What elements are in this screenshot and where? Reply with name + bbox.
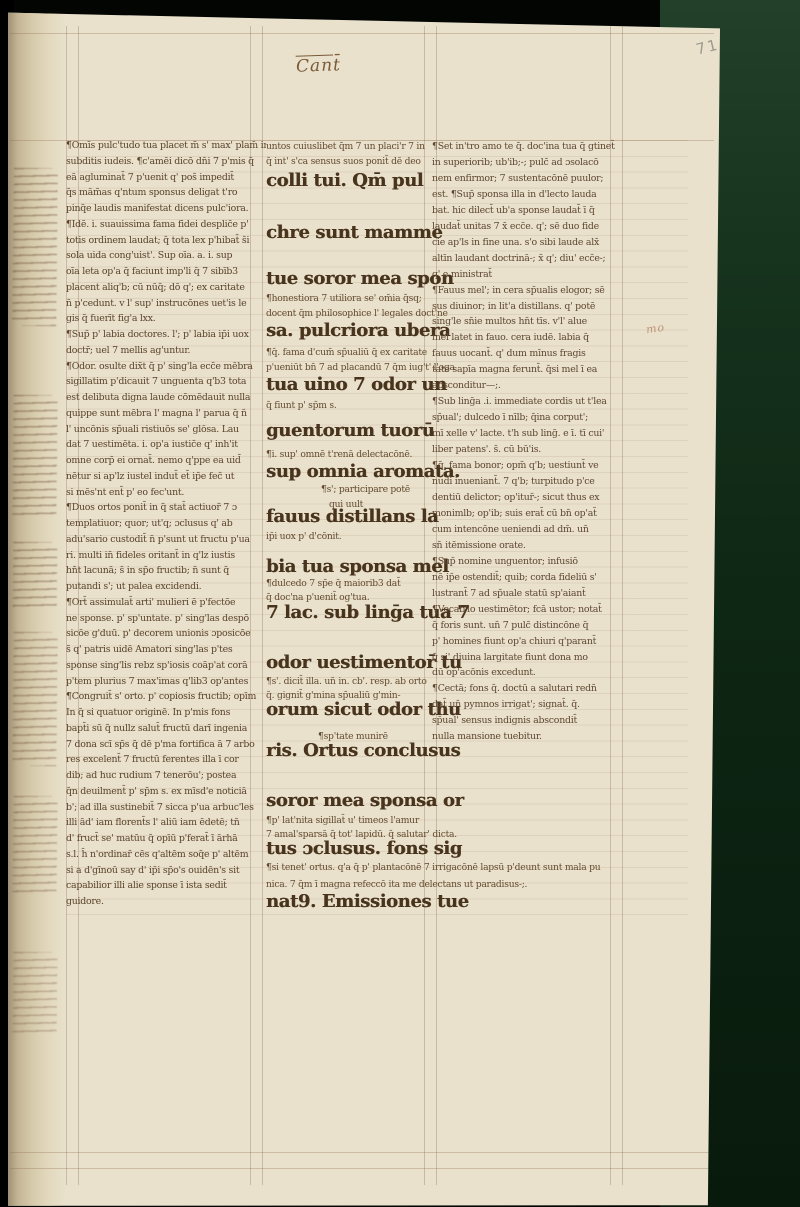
gloss-line: si a d'gīnoū say d' ip̄i sp̄o's ouidēn's…: [66, 863, 266, 879]
gloss-line: q̄ si' diuina largitate fiunt dona mo: [432, 650, 626, 666]
gloss-line: mī xelle v' lacte. t'h sub linḡ. e ī. tī…: [432, 426, 626, 442]
gloss-line: totis ordinem laudat; q̄ tota lex p'hiba…: [66, 233, 266, 249]
gloss-line: ¶Sup̄ nomine unguentor; infusiō: [432, 554, 626, 570]
gloss-line: altīn laudant doctrinā-; x̄ q'; diu' ecc…: [432, 251, 626, 267]
gloss-line: sola uida cong'uist'. Sup oīa. a. i. sup: [66, 248, 266, 264]
gloss-line: ¶Set in'tro amo te q̄. doc'ina tua q̄ gt…: [432, 139, 626, 155]
center-line: nica. 7 q̄m ī magna refeccō ita me delec…: [266, 879, 527, 890]
gloss-line: illi ād' iam florent̄s l' aliū iam ēdetē…: [66, 815, 266, 831]
gloss-line: omne corp̄ ei ornat̄. nemo q'ppe ea uid̄: [66, 453, 266, 469]
gloss-line: bat. hic dilect̄ ub'a sponse laudat̄ ī q…: [432, 203, 626, 219]
gloss-line: subditis iudeis. ¶c'amēi dicō dn̄i 7 p'm…: [66, 154, 266, 170]
gloss-line: nulla mansione tuebitur.: [432, 729, 626, 745]
gloss-line: dat 7 uestimēta. i. op'a iustic̄e q' inh…: [66, 437, 266, 453]
center-line: tue soror mea spon: [266, 268, 454, 289]
gloss-line: b'; ad illa sustinebit̄ 7 sicca p'ua arb…: [66, 800, 266, 816]
spine-text-fragment: [13, 542, 58, 608]
gloss-line: dū op'acōnis excedunt.: [432, 665, 626, 681]
gloss-line: eā agluminat̄ 7 p'uenit q' pos̄ impedit̄: [66, 170, 266, 186]
gloss-line: l' uncōnis sp̄uali ristiuōs se' glōsa. L…: [66, 422, 266, 438]
gloss-line: mel latet in fauo. cera iudē. labia q̄: [432, 330, 626, 346]
central-text-column: untos cuiuslibet q̄m 7 un placi'r 7 inq̄…: [266, 0, 438, 1000]
gloss-line: ne sponse. p' sp'untate. p' sing'las des…: [66, 611, 266, 627]
gloss-line: ¶Congruit̄ s' orto. p' copiosis fructib;…: [66, 689, 266, 705]
center-line: ¶p' lat'nita sigillat̄ u' timeos l'amur: [266, 815, 419, 826]
gloss-line: ¶Odor. osulte dix̄t q̄ p' sing'la ecc̄e …: [66, 359, 266, 375]
center-line: colli tui. Qm̄ pul: [266, 170, 423, 191]
gloss-line: est. ¶Sup̄ sponsa illa in d'lecto lauda: [432, 187, 626, 203]
center-line: sa. pulcriora ubera: [266, 320, 450, 341]
gloss-line: quippe sunt mēbra l' magna l' parua q̄ n…: [66, 406, 266, 422]
gloss-line: q̄n deuilment̄ p' sp̄m s. ex mīsd'e noti…: [66, 784, 266, 800]
center-line: q̄ fiunt p' sp̄m s.: [266, 400, 337, 411]
center-line: chre sunt mamme: [266, 222, 442, 243]
gloss-line: ¶Vocab'lo uestimētor; fcā ustor; notat̄: [432, 602, 626, 618]
gloss-line: doctr̄; uel 7 mellis ag'untur.: [66, 343, 266, 359]
gloss-line: est delibuta digna laude cōmēdauit nulla: [66, 390, 266, 406]
gloss-line: ¶q̄. fama bonor; opm̄ q'b; uestiunt̄ ve: [432, 458, 626, 474]
center-line: ¶s'; participare potē: [321, 484, 410, 495]
ruling-horizontal: [10, 1152, 714, 1153]
gloss-line: q̄s mām̄as q'ntum sponsus deligat t'ro: [66, 185, 266, 201]
gloss-line: sicōe g'duū. p' decorem unionis ɔposicōe: [66, 626, 266, 642]
gloss-line: guidore.: [66, 894, 266, 910]
gloss-line: adu'sario custodit̄ n̄ p'sunt ut fructu …: [66, 532, 266, 548]
gloss-line: liber patens'. s̄. cū bū'is.: [432, 442, 626, 458]
center-line: p'ueniūt bn̄ 7 ad placandū 7 q̄m iug't' …: [266, 362, 455, 373]
gloss-line: nē ip̄e ostendit̄; quib; corda fideliū s…: [432, 570, 626, 586]
spine-text-fragment: [12, 796, 57, 896]
gloss-line: pinq̄e laudis manifestat dicens pulc'ior…: [66, 201, 266, 217]
gloss-line: p'tem plurius 7 max'imas q'lib3 op'antes: [66, 674, 266, 690]
gloss-line: gis q̄ fuerīt fig'a lxx.: [66, 311, 266, 327]
gloss-line: sp̄ual' sensus indignis abscondit̄: [432, 713, 626, 729]
gloss-line: dat̄ un̄ pymnos irrigat'; signat̄. q̄.: [432, 697, 626, 713]
center-line: fauus distillans la: [266, 506, 438, 527]
gloss-line: absconditur—;.: [432, 378, 626, 394]
center-line: ¶s'. dicit̄ illa. un̄ in. cb'. resp. ab …: [266, 676, 427, 687]
center-line: guentorum tuorū: [266, 420, 434, 441]
gloss-line: fauus uocant̄. q' dum mīnus fragis: [432, 346, 626, 362]
gloss-line: sing'le sn̄ie multos hn̄t tīs. v'l' alue: [432, 314, 626, 330]
gloss-line: ¶Sub linḡa .i. immediate cordis ut t'lea: [432, 394, 626, 410]
gloss-line: lustrant̄ 7 ad sp̄uale statū sp'aiant̄: [432, 586, 626, 602]
gloss-line: s̄ q' patris uidē Amatori sing'las p'tes: [66, 642, 266, 658]
gloss-line: hn̄t lacunā; s̄ in sp̄o fructib; n̄ sunt…: [66, 563, 266, 579]
gloss-line: nem enfirmor; 7 sustentacōnē puulor;: [432, 171, 626, 187]
center-line: ¶si tenet' ortus. q'a q̄ p' plantacōnē 7…: [266, 862, 600, 873]
gloss-line: in superiorib; ub'ib;-; pulc̄ ad ɔsolacō: [432, 155, 626, 171]
spine-text-fragment: [12, 395, 57, 517]
gloss-line: si mēs'nt ent̄ p' eo fec'unt.: [66, 485, 266, 501]
gloss-line: p' homines fiunt op'a chiuri q'parant̄: [432, 634, 626, 650]
gloss-line: monimlb; op'ib; suis erat̄ cū bn̄ op'at̄: [432, 506, 626, 522]
gloss-line: n̄ p'cedunt. v l' sup' instrucōnes uet'i…: [66, 296, 266, 312]
gloss-line: ¶Sup̄ p' labia doctores. l'; p' labia ip…: [66, 327, 266, 343]
gloss-line: In q̄ si quatuor originē. In p'mis fons: [66, 705, 266, 721]
ruling-horizontal: [10, 1168, 714, 1169]
spine-text-fragment: [12, 168, 58, 326]
gloss-line: dib; ad huc rudium 7 tenerōu'; postea: [66, 768, 266, 784]
folio-number: 71: [694, 35, 721, 58]
margin-note: mo: [645, 321, 666, 337]
left-gloss-column: ¶Omīs pulc'tudo tua placet m̄ s' max' pl…: [66, 138, 266, 920]
center-line: q̄ int' s'ca sensus suos ponit̄ dē deo: [266, 156, 421, 167]
spine-text-fragment: [13, 952, 58, 1036]
gloss-line: placent aliq'b; cū nūq̄; dō q'; ex carit…: [66, 280, 266, 296]
gloss-line: ¶Idē. i. suauissima fama fidei desplic̄e…: [66, 217, 266, 233]
gloss-line: cum intencōne ueniendi ad dm̄. un̄: [432, 522, 626, 538]
right-gloss-column: ¶Set in'tro amo te q̄. doc'ina tua q̄ gt…: [432, 139, 626, 753]
gloss-line: ¶Ort̄ assimulat̄ arti' mulieri ē p'fectō…: [66, 595, 266, 611]
center-line: nat9. Emissiones tue: [266, 891, 469, 912]
center-line: ¶q̄. fama d'cum̄ sp̄ualiū q̄ ex caritate: [266, 347, 427, 358]
gloss-line: putandi s'; ut palea excidendi.: [66, 579, 266, 595]
gloss-line: nudi inueniant̄. 7 q'b; turpitudo p'ce: [432, 474, 626, 490]
gloss-line: ¶Omīs pulc'tudo tua placet m̄ s' max' pl…: [66, 138, 266, 154]
book-spine-page-edges: [8, 0, 66, 1207]
gloss-line: ri. multi in̄ fideles oritant̄ in q'lz i…: [66, 548, 266, 564]
gloss-line: sus diuinor; in lit'a distillans. q' pot…: [432, 299, 626, 315]
gloss-line: 7 dona scī sp̄s q̄ dē p'ma fortifica ā 7…: [66, 737, 266, 753]
center-line: soror mea sponsa or: [266, 790, 464, 811]
gloss-line: oīa leta op'a q̄ faciunt imp'li q̄ 7 sib…: [66, 264, 266, 280]
gloss-line: d' fruct̄ se' matūu q̄ opīū p'ferat̄ ī ā…: [66, 831, 266, 847]
center-line: ¶i. sup' omnē t'renā delectacōnē.: [266, 449, 412, 460]
center-line: untos cuiuslibet q̄m 7 un placi'r 7 in: [266, 141, 425, 152]
gloss-line: ¶Duos ortos ponit̄ in q̄ stat̄ actiuor̄ …: [66, 500, 266, 516]
gloss-line: ¶Fauus mel'; in cera sp̄ualis elogor; sē: [432, 283, 626, 299]
gloss-line: capabilior illi alie sponse ī ista sedit…: [66, 878, 266, 894]
gloss-line: cie ap'ls in fine una. s'o sibi laude al…: [432, 235, 626, 251]
center-line: ¶dulcedo 7 sp̄e q̄ maiorib3 dat̄: [266, 578, 400, 589]
gloss-line: sp̄ual'; dulcedo ī nīlb; q̄ina corput';: [432, 410, 626, 426]
gloss-line: laudat̄ unitas 7 x̄ ecc̄e. q'; sē duo fi…: [432, 219, 626, 235]
center-line: tua uino 7 odor un: [266, 374, 447, 395]
spine-text-fragment: [12, 632, 57, 766]
gloss-line: tate sapīa magna ferunt̄. q̄si mel ī ea: [432, 362, 626, 378]
gloss-line: ¶Cectā; fons q̄. doctū a salutari redn̄: [432, 681, 626, 697]
center-line: sup omnia aromata.: [266, 461, 460, 482]
center-line: tus ɔclusus. fons sig: [266, 838, 462, 859]
photograph-of-manuscript: Cant̄ 71 mo ¶Omīs pulc'tudo tua placet m…: [0, 0, 800, 1207]
gloss-line: sn̄ itēmissione orate.: [432, 538, 626, 554]
gloss-line: q̄ foris sunt. un̄ 7 pulc̄ distincōne q̄: [432, 618, 626, 634]
gloss-line: nētur si ap'lz iustel indut̄ et̄ ip̄e fe…: [66, 469, 266, 485]
gloss-line: s.l. h̄ n'ordinar̄ cēs q'altēm soq̄e p' …: [66, 847, 266, 863]
manuscript-page: Cant̄ 71 mo ¶Omīs pulc'tudo tua placet m…: [8, 0, 720, 1207]
center-line: ¶honestiora 7 utiliora se' om̄ia q̄sq;: [266, 293, 422, 304]
center-line: docent q̄m philosophice l' legales doct'…: [266, 308, 448, 319]
gloss-line: q' e ministrat̄: [432, 267, 626, 283]
center-line: ip̄i uox p' d'cōnit.: [266, 531, 341, 542]
gloss-line: templatiuor; quor; ut'q; ɔclusus q' ab: [66, 516, 266, 532]
gloss-line: dentiū delictor; op'itur̄-; sicut thus e…: [432, 490, 626, 506]
gloss-line: sponse sing'lis rebz sp'iosis coāp'at co…: [66, 658, 266, 674]
gloss-line: res excelent̄ 7 fructū ferentes illa ī c…: [66, 752, 266, 768]
gloss-line: sigillatim p'dicauit 7 unguenta q'b3 tot…: [66, 374, 266, 390]
gloss-line: bapt̄i sū q̄ nullz salut̄ fructū darī in…: [66, 721, 266, 737]
center-line: bia tua sponsa mel: [266, 556, 449, 577]
